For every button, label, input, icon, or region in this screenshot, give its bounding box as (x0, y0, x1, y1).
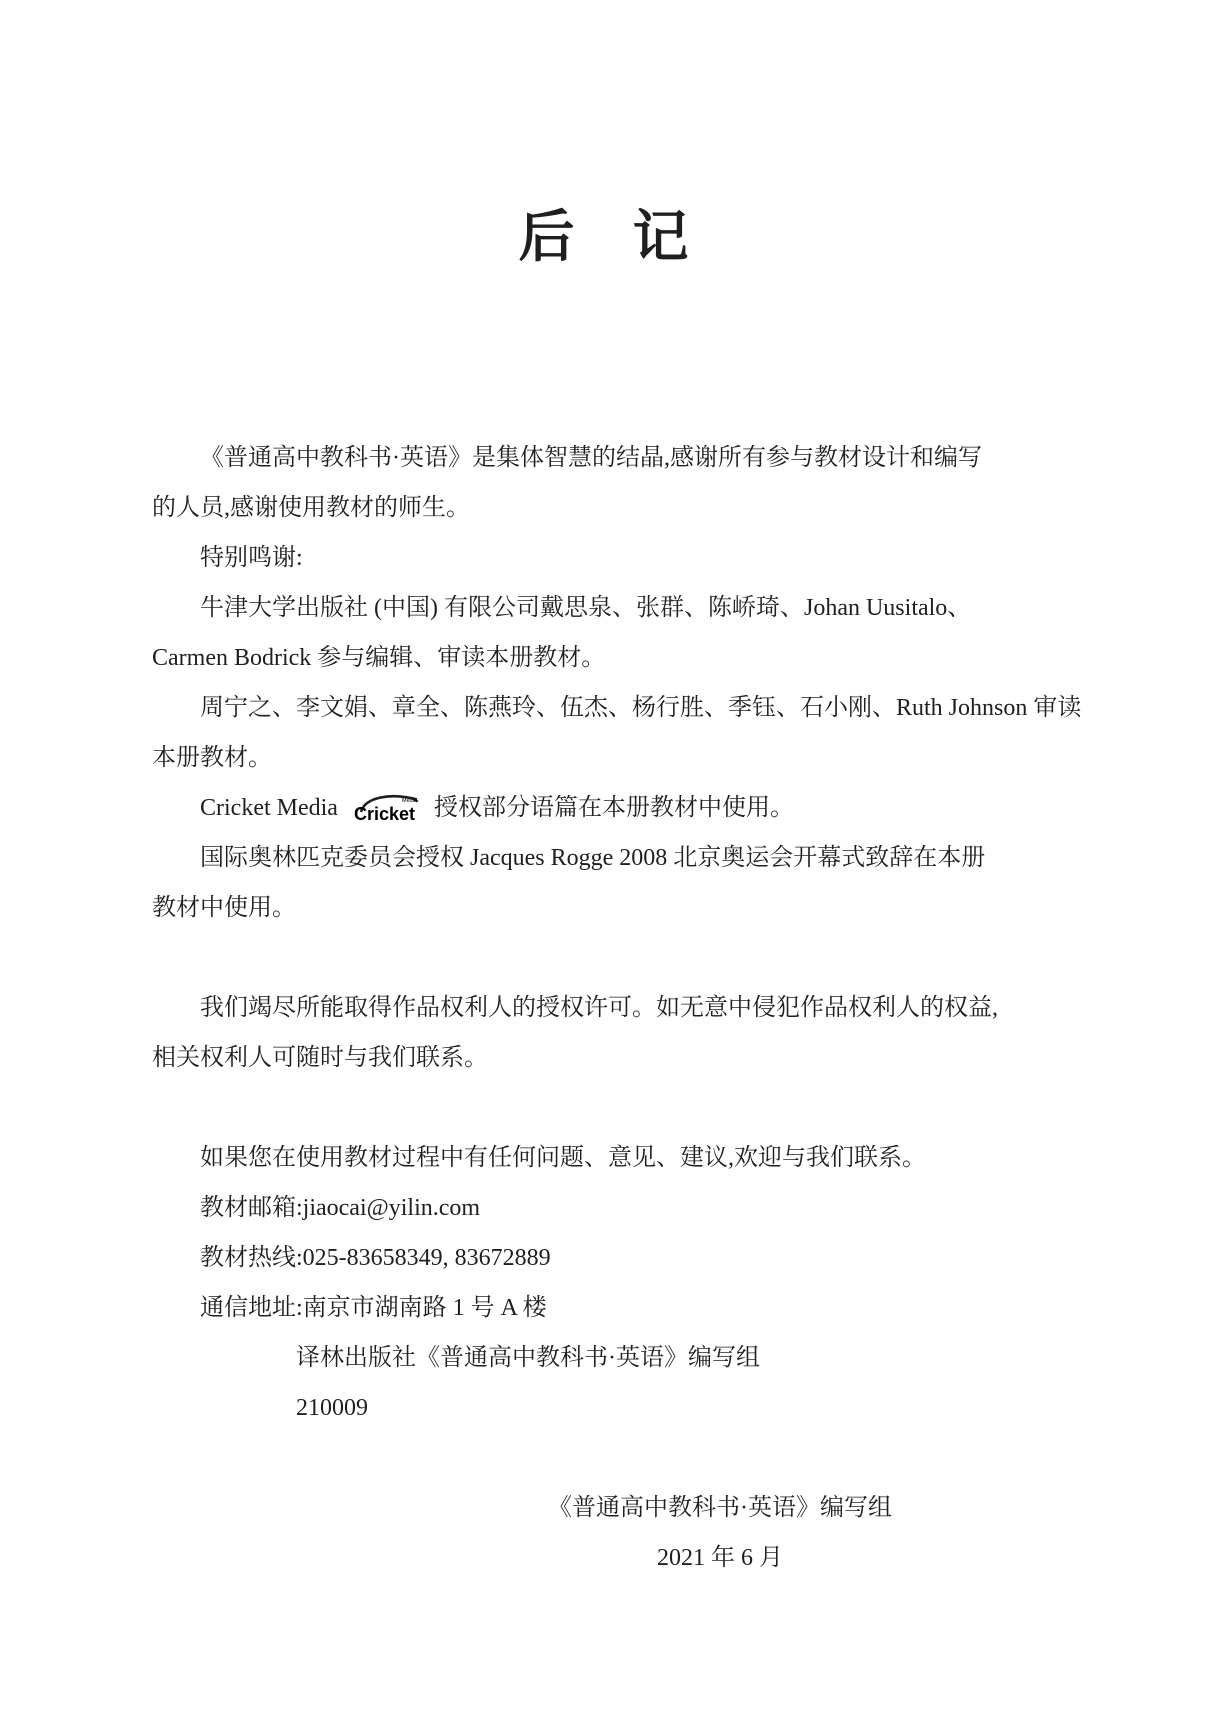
contact-address-line-2: 译林出版社《普通高中教科书·英语》编写组 (152, 1333, 938, 1383)
reviewers-line-1: 周宁之、李文娟、章全、陈燕玲、伍杰、杨行胜、季钰、石小刚、Ruth Johnso… (152, 683, 938, 733)
afterword-page: 后 记 《普通高中教科书·英语》是集体智慧的结晶,感谢所有参与教材设计和编写 的… (0, 0, 1207, 1717)
cricket-logo-media-label: Media (402, 798, 418, 804)
contact-intro: 如果您在使用教材过程中有任何问题、意见、建议,欢迎与我们联系。 (152, 1133, 938, 1183)
page-title-char-2: 记 (633, 210, 689, 266)
body-text: 《普通高中教科书·英语》是集体智慧的结晶,感谢所有参与教材设计和编写 的人员,感… (152, 433, 938, 1583)
special-thanks-heading: 特别鸣谢: (152, 533, 938, 583)
spacer (152, 1083, 938, 1133)
spacer (152, 933, 938, 983)
cricket-license-text: 授权部分语篇在本册教材中使用。 (434, 795, 794, 821)
rights-notice-line-2: 相关权利人可随时与我们联系。 (152, 1033, 938, 1083)
signature-group: 《普通高中教科书·英语》编写组 (548, 1483, 892, 1533)
oup-credit-line-2: Carmen Bodrick 参与编辑、审读本册教材。 (152, 633, 938, 683)
cricket-media-text: Cricket Media (200, 795, 338, 821)
contact-postcode: 210009 (152, 1383, 938, 1433)
spacer (152, 1433, 938, 1483)
ioc-credit-line-1: 国际奥林匹克委员会授权 Jacques Rogge 2008 北京奥运会开幕式致… (152, 833, 938, 883)
contact-hotline: 教材热线:025-83658349, 83672889 (152, 1233, 938, 1283)
paragraph-acknowledgement-line-1: 《普通高中教科书·英语》是集体智慧的结晶,感谢所有参与教材设计和编写 (152, 433, 938, 483)
reviewers-line-2: 本册教材。 (152, 733, 938, 783)
ioc-credit-line-2: 教材中使用。 (152, 883, 938, 933)
contact-email: 教材邮箱:jiaocai@yilin.com (152, 1183, 938, 1233)
contact-address-line-1: 通信地址:南京市湖南路 1 号 A 楼 (152, 1283, 938, 1333)
signature-block: 《普通高中教科书·英语》编写组 2021 年 6 月 (548, 1483, 892, 1583)
cricket-media-line: Cricket Media Cricket Media 授权部分语篇在本册教材中… (152, 783, 938, 833)
oup-credit-line-1: 牛津大学出版社 (中国) 有限公司戴思泉、张群、陈峤琦、Johan Uusita… (152, 583, 938, 633)
cricket-media-logo-icon: Cricket Media (349, 791, 423, 825)
signature-date: 2021 年 6 月 (548, 1533, 892, 1583)
page-title: 后 记 (0, 210, 1207, 266)
paragraph-acknowledgement-line-2: 的人员,感谢使用教材的师生。 (152, 483, 938, 533)
cricket-logo-wordmark: Cricket (354, 804, 415, 824)
rights-notice-line-1: 我们竭尽所能取得作品权利人的授权许可。如无意中侵犯作品权利人的权益, (152, 983, 938, 1033)
page-title-char-1: 后 (519, 210, 575, 266)
